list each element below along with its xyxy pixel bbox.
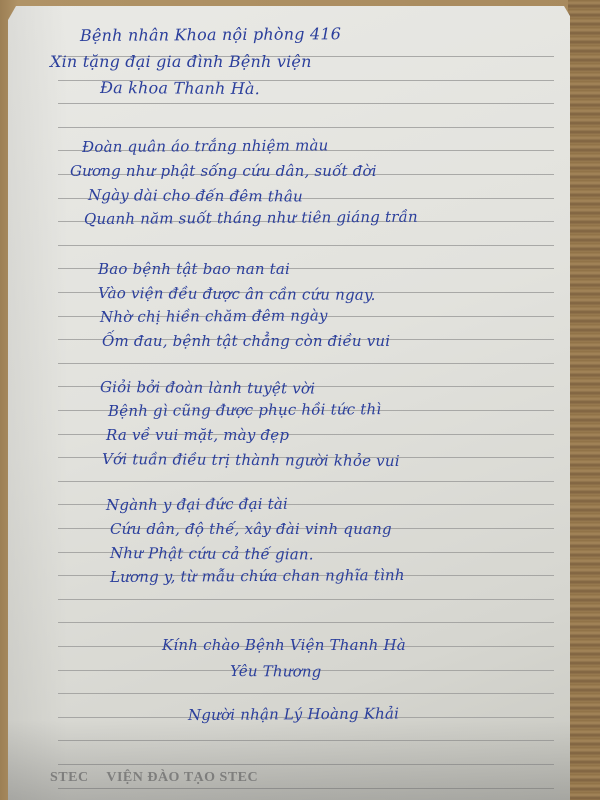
stanza-2-line-4: Ốm đau, bệnh tật chẳng còn điều vui [102, 332, 390, 350]
stanza-2-line-3: Nhờ chị hiền chăm đêm ngày [100, 306, 328, 326]
stanza-3-line-2: Bệnh gì cũng được phục hồi tức thì [108, 400, 381, 420]
ruled-line [58, 103, 554, 104]
stanza-1-line-1: Đoàn quân áo trắng nhiệm màu [82, 136, 329, 156]
stanza-1-line-4: Quanh năm suốt tháng như tiên giáng trần [84, 208, 418, 228]
ruled-line [58, 481, 554, 482]
stanza-4-line-1: Ngành y đại đức đại tài [106, 495, 288, 514]
lined-paper-sheet: Bệnh nhân Khoa nội phòng 416 Xin tặng đạ… [8, 6, 570, 800]
ruled-line [58, 245, 554, 246]
stanza-1-line-2: Gương như phật sống cứu dân, suốt đời [70, 162, 377, 180]
ruled-line [58, 127, 554, 128]
closing-love: Yêu Thương [230, 662, 322, 681]
ruled-line [58, 363, 554, 364]
stanza-3-line-3: Ra về vui mặt, mày đẹp [106, 426, 289, 444]
stanza-4-line-4: Lương y, từ mẫu chứa chan nghĩa tình [110, 566, 405, 586]
header-line-2: Xin tặng đại gia đình Bệnh viện [50, 52, 312, 71]
ruled-line [58, 599, 554, 600]
header-line-3: Đa khoa Thanh Hà. [100, 78, 260, 98]
stanza-2-line-1: Bao bệnh tật bao nan tai [98, 260, 290, 278]
stanza-2-line-2: Vào viện đều được ân cần cứu ngay. [98, 284, 376, 304]
closing-greeting: Kính chào Bệnh Viện Thanh Hà [162, 636, 406, 654]
header-line-1: Bệnh nhân Khoa nội phòng 416 [80, 24, 341, 45]
stanza-1-line-3: Ngày dài cho đến đêm thâu [88, 186, 303, 205]
ruled-line [58, 622, 554, 623]
printed-footer: STEC VIỆN ĐÀO TẠO STEC [50, 770, 258, 786]
stanza-4-line-3: Như Phật cứu cả thế gian. [110, 544, 314, 563]
stanza-3-line-1: Giỏi bởi đoàn lành tuyệt vời [100, 378, 315, 398]
wood-table-edge [568, 0, 600, 800]
stanza-4-line-2: Cứu dân, độ thế, xây đài vinh quang [110, 520, 392, 538]
ruled-line [58, 693, 554, 694]
stec-logo: STEC [50, 770, 89, 785]
paper-shadow-bottom [8, 720, 570, 800]
printed-footer-text: VIỆN ĐÀO TẠO STEC [106, 770, 258, 785]
stanza-3-line-4: Với tuần điều trị thành người khỏe vui [102, 450, 400, 470]
